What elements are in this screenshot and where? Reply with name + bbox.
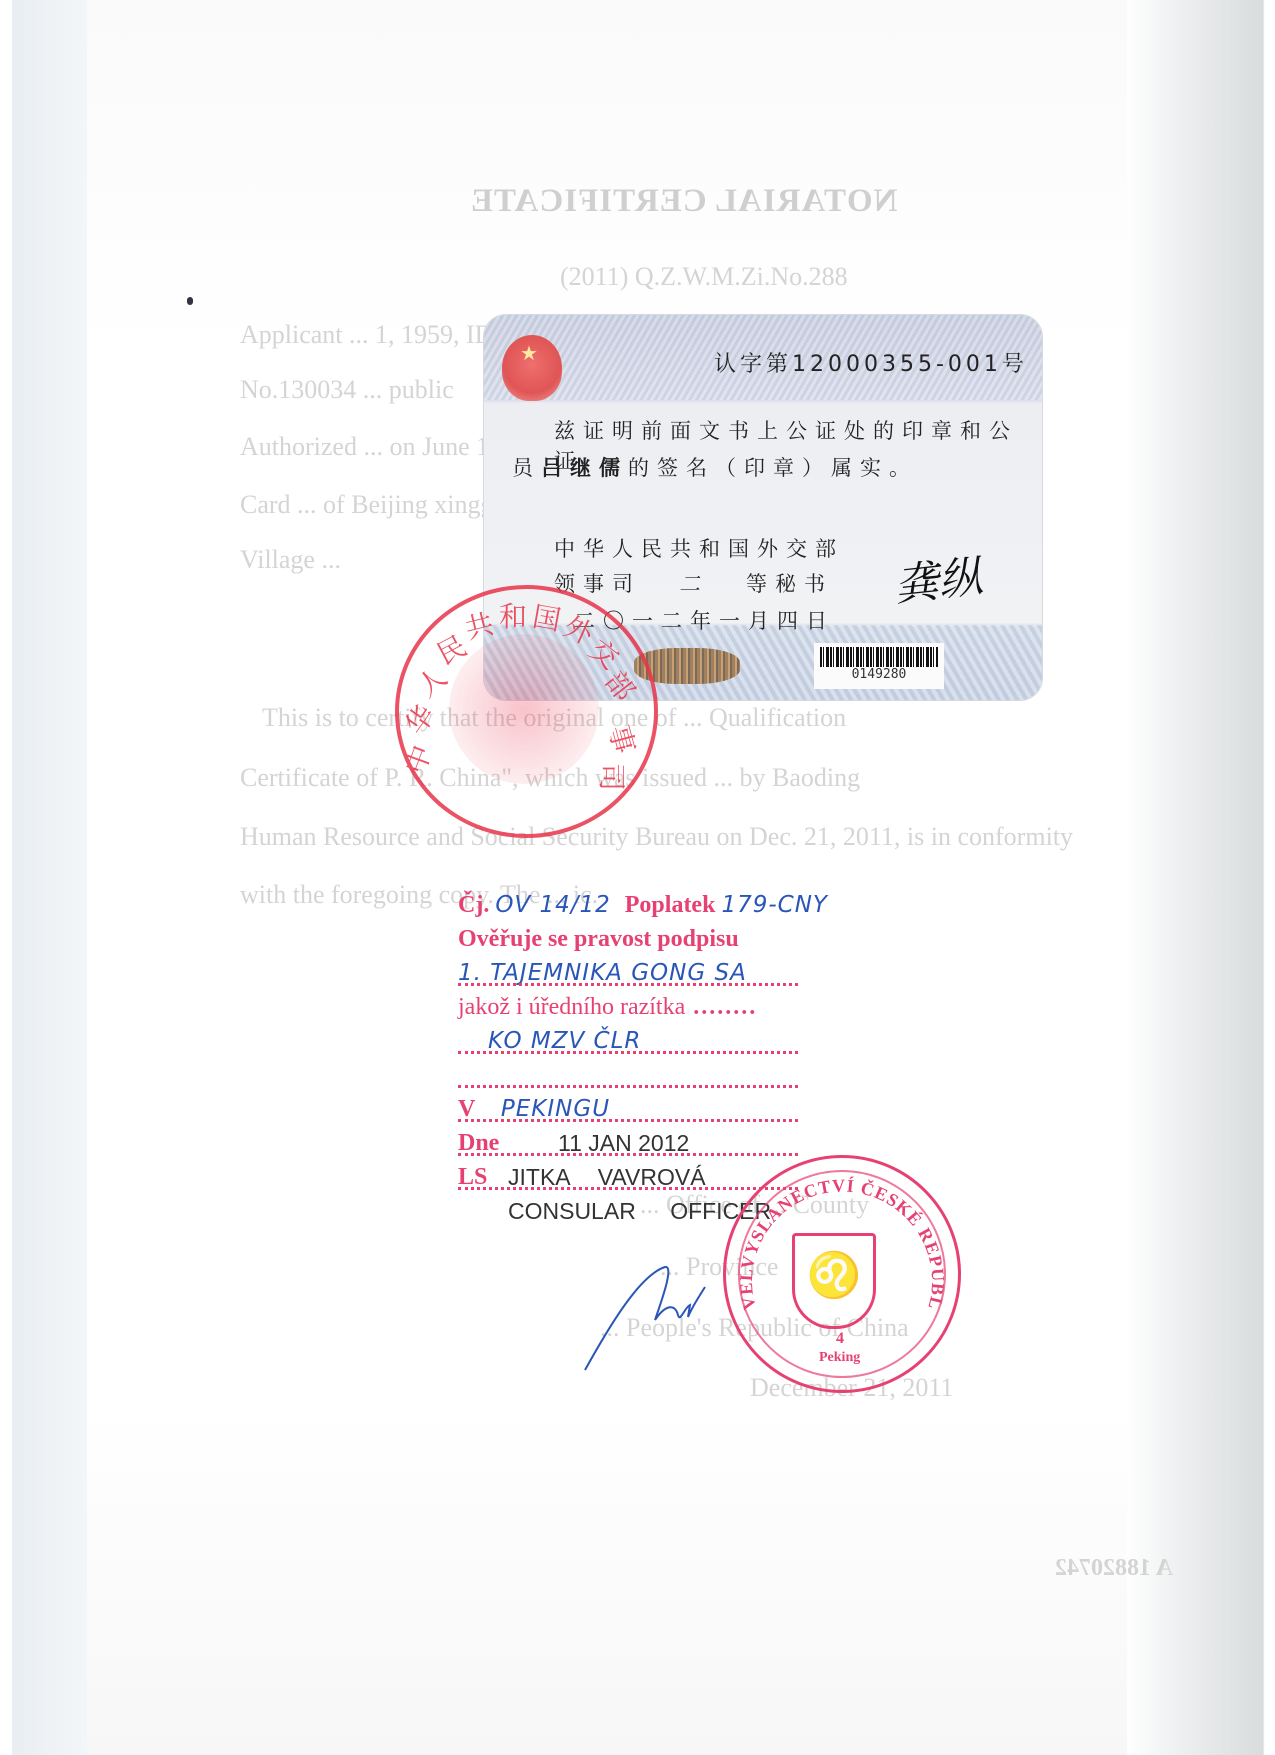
verify-row: Ověřuje se pravost podpisu xyxy=(458,922,798,956)
notary-name: 吕继儒 xyxy=(541,456,628,480)
certification-line-2: 员吕继儒的签名（印章）属实。 xyxy=(512,452,918,482)
official-signature: 龚纵 xyxy=(891,541,985,614)
date-row: Dne11 JAN 2012 xyxy=(458,1126,798,1160)
ghost-line-3: No.130034 ... public xyxy=(240,375,454,405)
handwritten-rank: 二 xyxy=(641,568,746,598)
issuer-department: 领事司二等秘书 xyxy=(554,568,833,598)
barcode-bars-icon xyxy=(820,647,938,667)
reference-row: Čj. OV 14/12 Poplatek 179-CNY xyxy=(458,888,798,922)
seal-emblem-icon xyxy=(449,634,599,784)
barcode: 0149280 xyxy=(814,643,944,689)
seal-city: Peking xyxy=(819,1350,860,1366)
mfa-red-seal: 中 华 人 民 共 和 国 外 交 部 事 司 xyxy=(395,585,658,838)
national-emblem-icon xyxy=(502,335,562,401)
seal-number: 4 xyxy=(836,1330,844,1348)
verify-hand-row: 1. TAJEMNIKA GONG SA xyxy=(458,956,798,990)
ghost-line-6: Village ... xyxy=(240,545,341,575)
seal-hand-row: KO MZV ČLR xyxy=(458,1024,798,1058)
czech-lion-shield-icon: ♌ xyxy=(792,1233,876,1329)
consular-signature xyxy=(580,1245,730,1375)
seal-row: jakož i úředního razítka ........ xyxy=(458,990,798,1024)
reference-number: OV 14/12 xyxy=(495,892,610,918)
blank-row xyxy=(458,1058,798,1092)
ghost-line-9: Human Resource and Social Security Burea… xyxy=(240,822,1073,852)
mirrored-title: NOTARIAL CERTIFICATE xyxy=(470,183,897,220)
authentication-number: 认字第12000355-001号 xyxy=(714,347,1028,378)
scan-left-edge xyxy=(12,0,87,1755)
barcode-number: 0149280 xyxy=(814,667,944,682)
issuer-ministry: 中华人民共和国外交部 xyxy=(554,533,844,563)
ghost-line-1: (2011) Q.Z.W.M.Zi.No.288 xyxy=(560,262,848,292)
scan-speck xyxy=(187,297,193,305)
fee-amount: 179-CNY xyxy=(721,892,828,918)
place-row: V PEKINGU xyxy=(458,1092,798,1126)
mirrored-serial-number: A 18820742 xyxy=(1055,1555,1173,1582)
scan-right-edge xyxy=(1125,0,1275,1755)
czech-embassy-seal: VELVYSLANECTVÍ ČESKÉ REPUBLIKY ♌ 4 Pekin… xyxy=(723,1155,961,1393)
